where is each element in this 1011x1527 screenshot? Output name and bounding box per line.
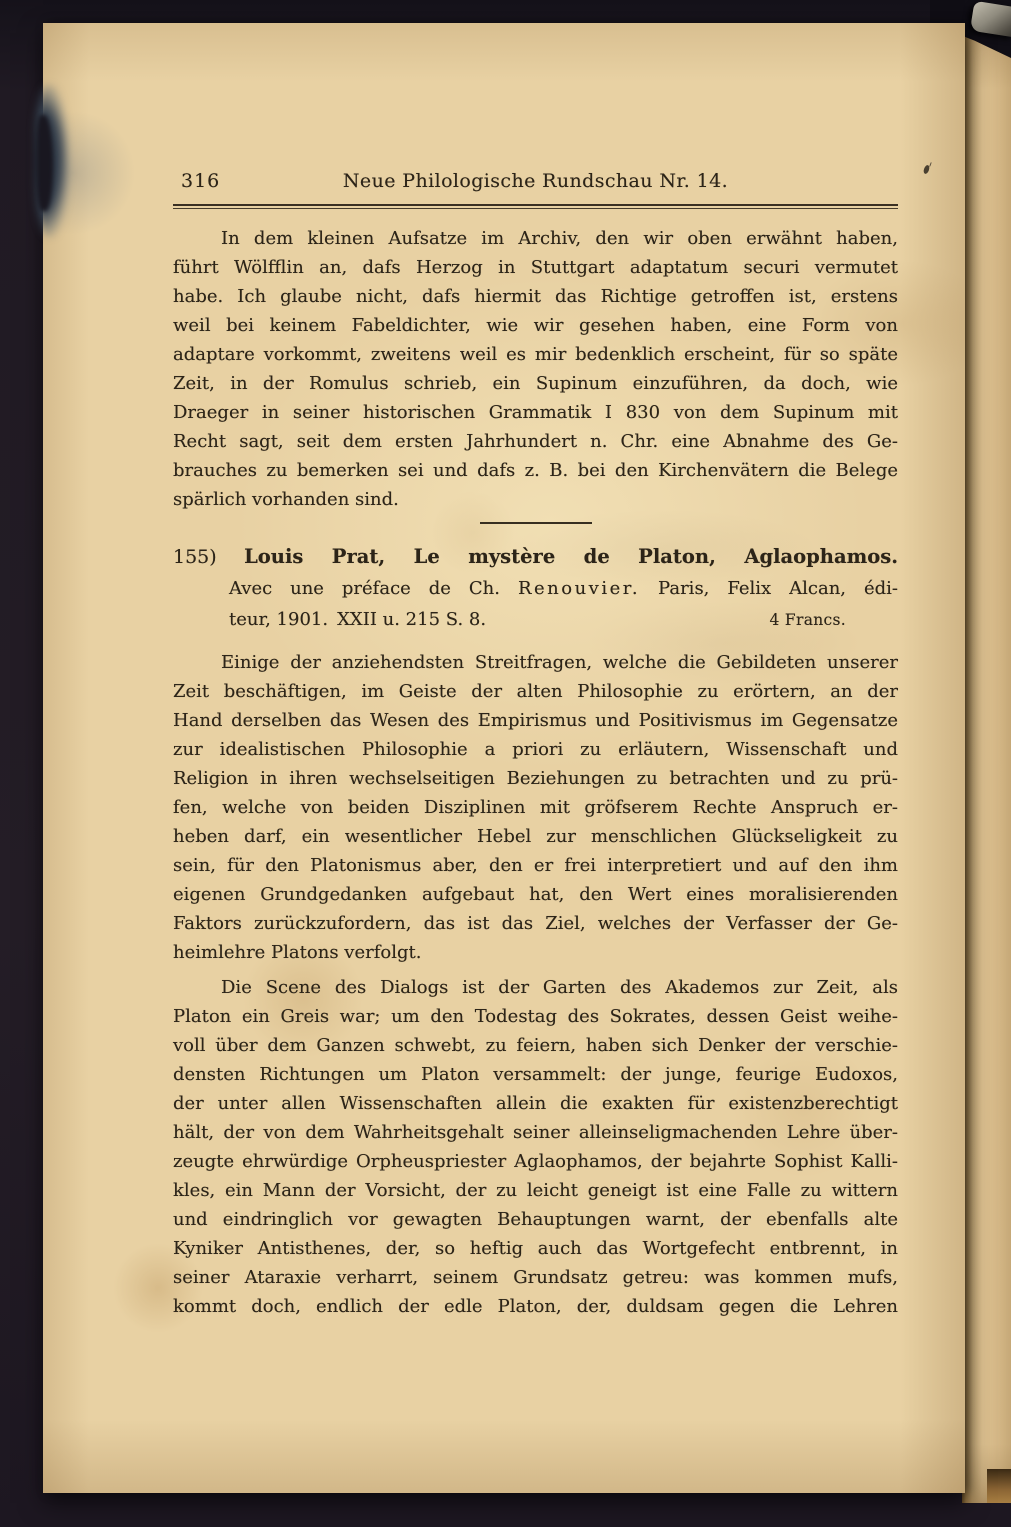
entry-preface-text: Avec une préface de Ch. (229, 578, 500, 599)
entry-imprint-text: teur, 1901. XXII u. 215 S. 8. (229, 604, 486, 635)
body-text: In dem kleinen Aufsatze im Archiv, den w… (173, 224, 898, 1321)
text-line: adaptare vorkommt, zweitens weil es mir … (173, 340, 898, 369)
text-line: zur idealistischen Philosophie a priori … (173, 735, 898, 764)
text-line: hält, der von dem Wahrheitsgehalt seiner… (173, 1118, 898, 1147)
text-line: kommt doch, endlich der edle Platon, der… (173, 1292, 898, 1321)
facing-page-edge (962, 30, 1011, 1503)
entry-citation: Louis Prat, Le mystère de Platon, Aglaop… (244, 545, 898, 568)
text-line: habe. Ich glaube nicht, dafs hiermit das… (173, 282, 898, 311)
text-line: Hand derselben das Wesen des Empirismus … (173, 706, 898, 735)
text-line: führt Wölfflin an, dafs Herzog in Stuttg… (173, 253, 898, 282)
paragraph-review-intro: Einige der anziehendsten Streitfragen, w… (173, 648, 898, 967)
text-line: brauches zu bemerken sei und dafs z. B. … (173, 456, 898, 485)
text-line: Faktors zurückzufordern, das ist das Zie… (173, 909, 898, 938)
text-line: In dem kleinen Aufsatze im Archiv, den w… (173, 224, 898, 253)
text-line: weil bei keinem Fabeldichter, wie wir ge… (173, 311, 898, 340)
entry-heading-line: 155) Louis Prat, Le mystère de Platon, A… (173, 541, 898, 573)
entry-subtitle-line: Avec une préface de Ch. Renouvier. Paris… (173, 573, 898, 604)
ink-speck (923, 164, 931, 174)
text-line: sein, für den Platonismus aber, den er f… (173, 851, 898, 880)
text-line: Religion in ihren wechselseitigen Bezieh… (173, 764, 898, 793)
entry-number: 155) (173, 546, 217, 568)
text-line: spärlich vorhanden sind. (173, 485, 898, 514)
paragraph-continuation: In dem kleinen Aufsatze im Archiv, den w… (173, 224, 898, 514)
text-line: der unter allen Wissenschaften allein di… (173, 1089, 898, 1118)
binding-strip (987, 1469, 1011, 1503)
text-line: Zeit beschäftigen, im Geiste der alten P… (173, 677, 898, 706)
text-line: Einige der anziehendsten Streitfragen, w… (173, 648, 898, 677)
text-line: und eindringlich vor gewagten Behauptung… (173, 1205, 898, 1234)
text-line: eigenen Grundgedanken aufgebaut hat, den… (173, 880, 898, 909)
text-line: Die Scene des Dialogs ist der Garten des… (173, 973, 898, 1002)
text-line: heimlehre Platons verfolgt. (173, 938, 898, 967)
text-line: Kyniker Antisthenes, der, so heftig auch… (173, 1234, 898, 1263)
review-entry-155: 155) Louis Prat, Le mystère de Platon, A… (173, 541, 898, 636)
text-line: kles, ein Mann der Vorsicht, der zu leic… (173, 1176, 898, 1205)
entry-imprint-line: teur, 1901. XXII u. 215 S. 8. 4 Francs. (173, 604, 898, 636)
text-line: Draeger in seiner historischen Grammatik… (173, 398, 898, 427)
section-divider-rule (480, 522, 592, 524)
text-line: Zeit, in der Romulus schrieb, ein Supinu… (173, 369, 898, 398)
text-line: voll über dem Ganzen schwebt, zu feiern,… (173, 1031, 898, 1060)
text-line: zeugte ehrwürdige Orpheuspriester Aglaop… (173, 1147, 898, 1176)
text-line: heben darf, ein wesentlicher Hebel zur m… (173, 822, 898, 851)
book-page-scan: 316 Neue Philologische Rundschau Nr. 14.… (43, 23, 965, 1493)
header-rule (173, 204, 898, 209)
text-line: fen, welche von beiden Disziplinen mit g… (173, 793, 898, 822)
entry-publisher-text: Paris, Felix Alcan, édi- (658, 578, 898, 599)
text-line: seiner Ataraxie verharrt, seinem Grundsa… (173, 1263, 898, 1292)
paragraph-dialog-scene: Die Scene des Dialogs ist der Garten des… (173, 973, 898, 1321)
journal-title: Neue Philologische Rundschau Nr. 14. (173, 170, 898, 192)
entry-price: 4 Francs. (770, 605, 846, 636)
text-line: densten Richtungen um Platon versammelt:… (173, 1060, 898, 1089)
page-content: 316 Neue Philologische Rundschau Nr. 14.… (173, 169, 898, 1321)
text-line: Recht sagt, seit dem ersten Jahrhundert … (173, 427, 898, 456)
entry-editor-name: Renouvier. (518, 578, 640, 599)
running-header: 316 Neue Philologische Rundschau Nr. 14. (173, 169, 898, 197)
text-line: Platon ein Greis war; um den Todestag de… (173, 1002, 898, 1031)
